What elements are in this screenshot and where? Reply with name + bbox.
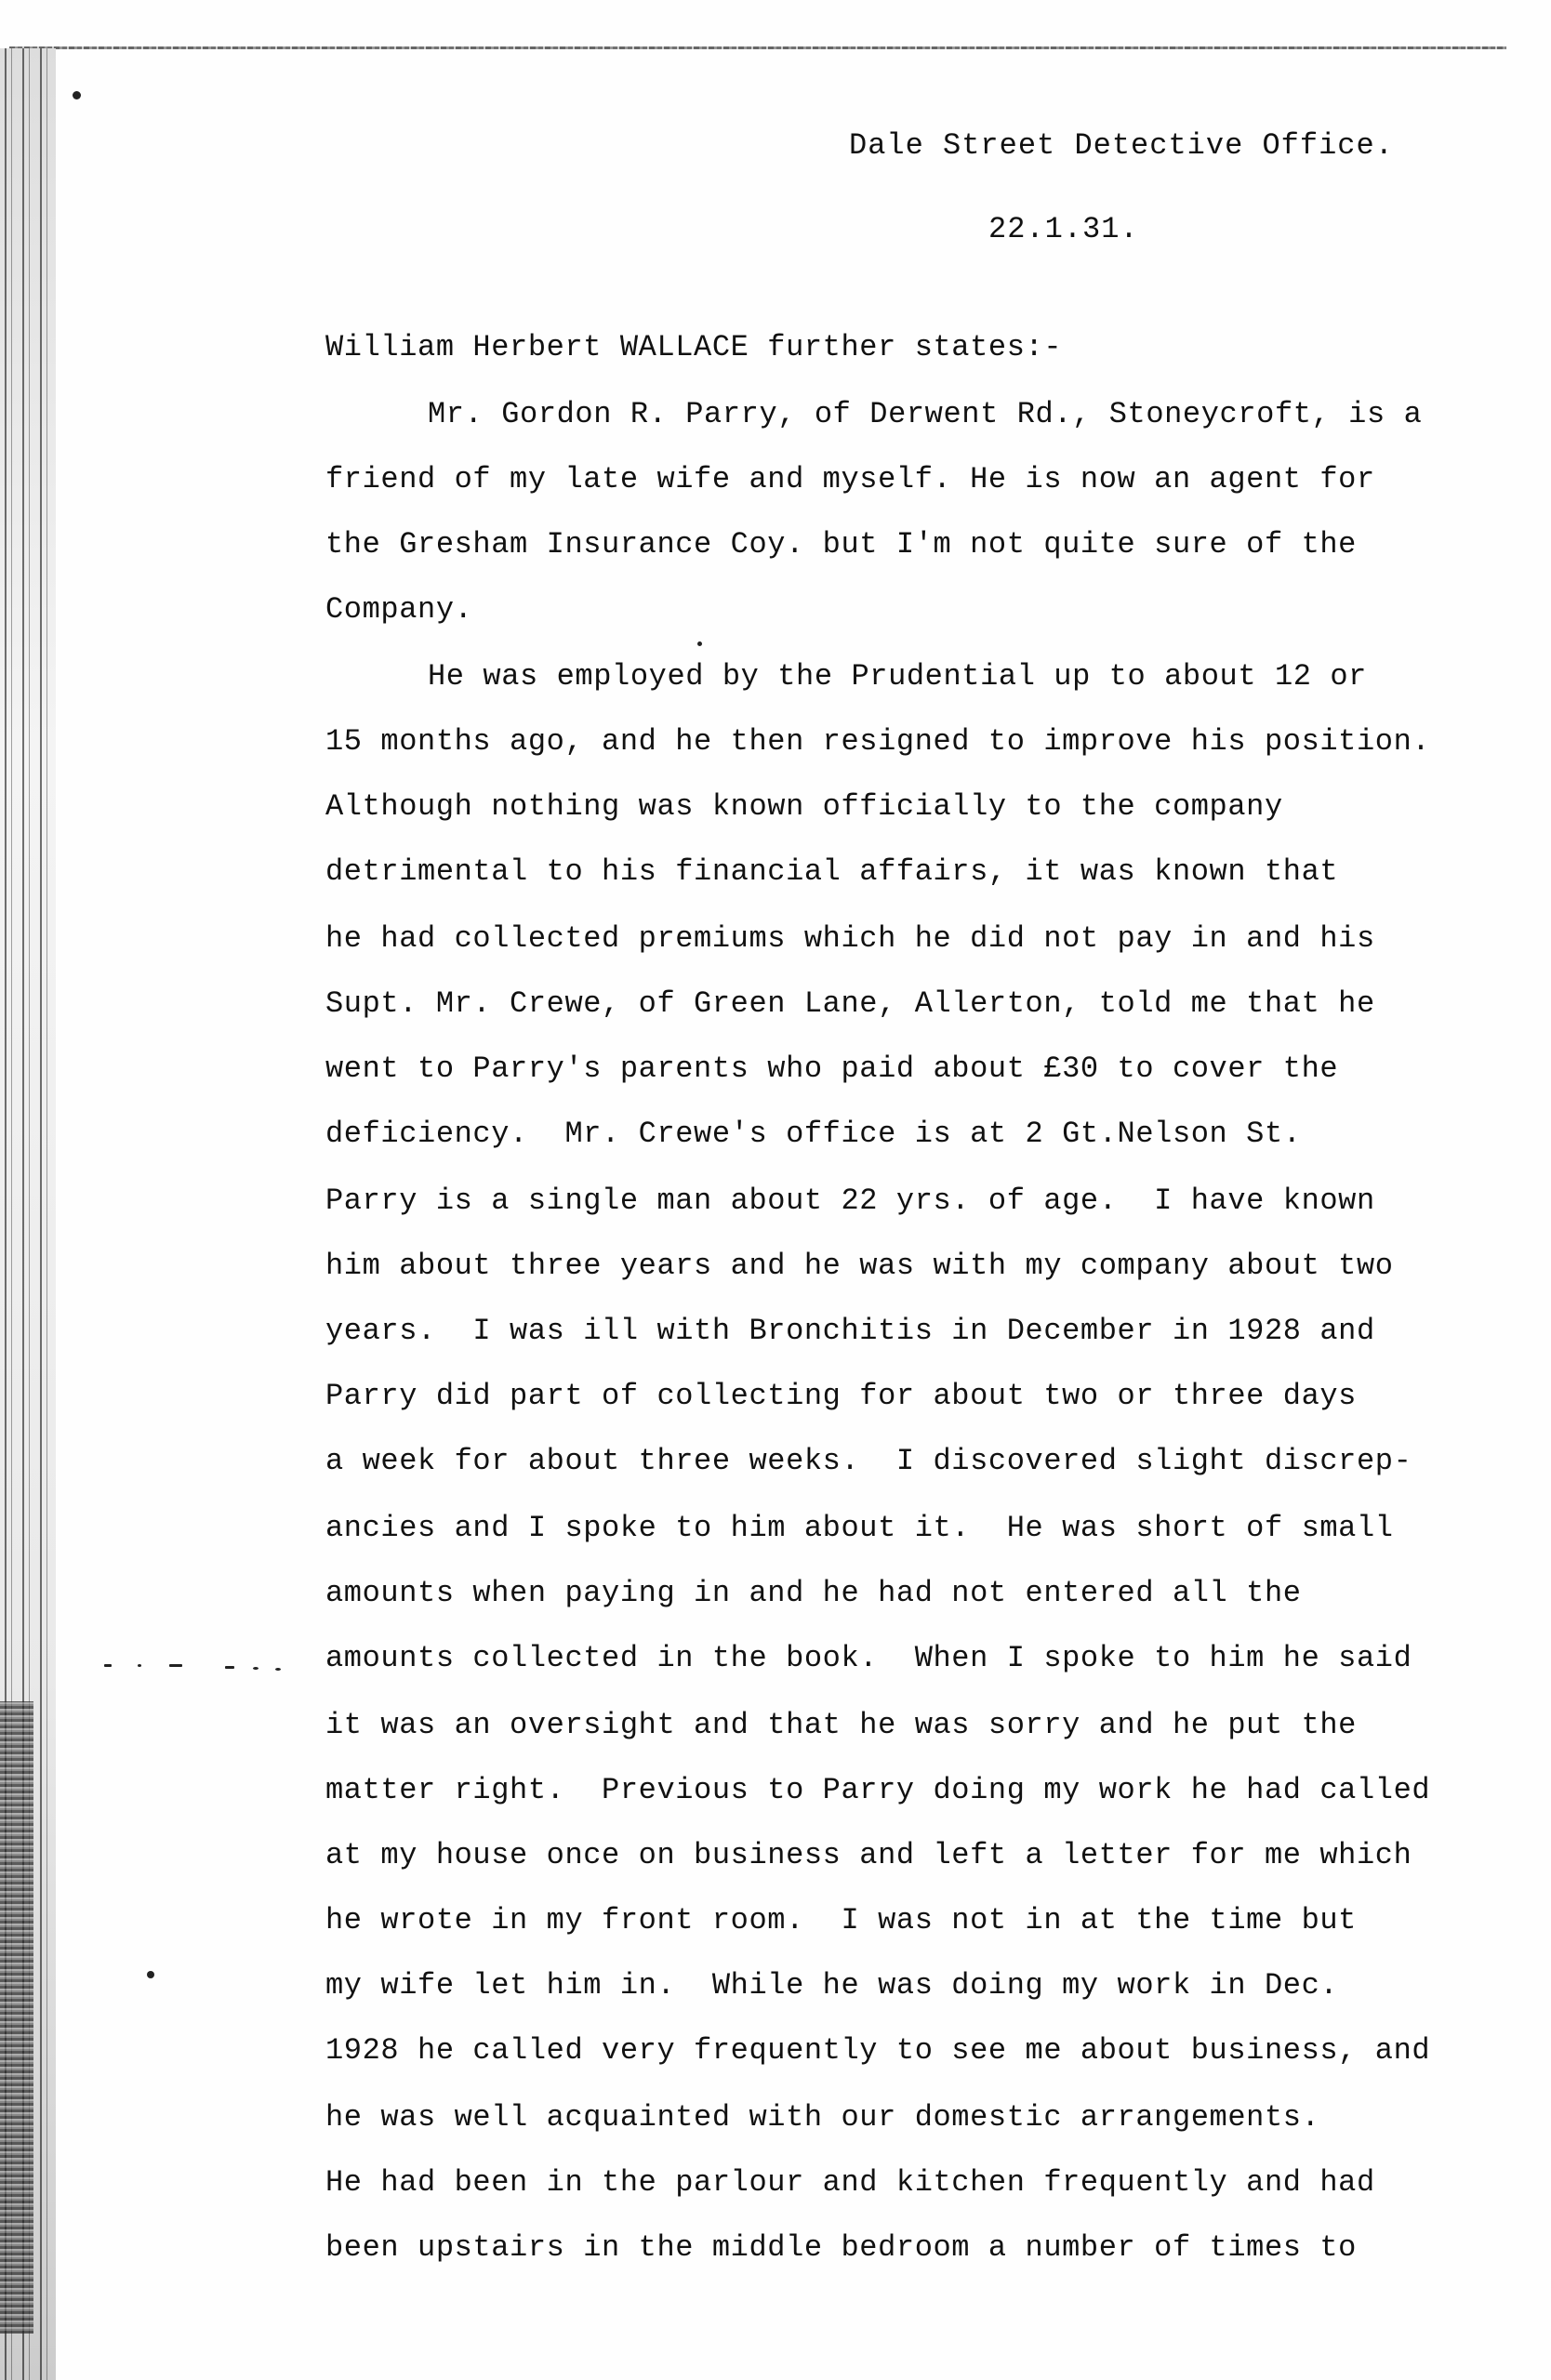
ink-speck bbox=[104, 1664, 112, 1667]
statement-line: He was employed by the Prudential up to … bbox=[428, 662, 1367, 692]
statement-line: went to Parry's parents who paid about £… bbox=[325, 1054, 1338, 1084]
statement-line: detrimental to his financial affairs, it… bbox=[325, 857, 1338, 887]
statement-line: at my house once on business and left a … bbox=[325, 1841, 1412, 1871]
statement-line: 15 months ago, and he then resigned to i… bbox=[325, 727, 1430, 757]
statement-line: Parry is a single man about 22 yrs. of a… bbox=[325, 1186, 1375, 1216]
document-page: Dale Street Detective Office. 22.1.31. W… bbox=[0, 0, 1551, 2380]
statement-line: he wrote in my front room. I was not in … bbox=[325, 1906, 1357, 1936]
statement-line: Parry did part of collecting for about t… bbox=[325, 1382, 1357, 1411]
statement-line: deficiency. Mr. Crewe's office is at 2 G… bbox=[325, 1119, 1302, 1149]
ink-speck bbox=[275, 1668, 281, 1671]
ink-speck bbox=[73, 91, 81, 99]
binding-shadow bbox=[0, 1701, 33, 2334]
statement-line: matter right. Previous to Parry doing my… bbox=[325, 1776, 1430, 1805]
ink-speck bbox=[138, 1664, 141, 1667]
statement-line: amounts when paying in and he had not en… bbox=[325, 1579, 1302, 1608]
statement-line: it was an oversight and that he was sorr… bbox=[325, 1711, 1357, 1740]
ink-speck bbox=[147, 1971, 154, 1978]
ink-speck bbox=[169, 1664, 182, 1667]
statement-line: He had been in the parlour and kitchen f… bbox=[325, 2168, 1375, 2198]
page-top-edge bbox=[9, 46, 1506, 49]
ink-speck bbox=[253, 1667, 258, 1670]
statement-line: Mr. Gordon R. Parry, of Derwent Rd., Sto… bbox=[428, 400, 1422, 430]
statement-line: he had collected premiums which he did n… bbox=[325, 924, 1375, 954]
statement-line: amounts collected in the book. When I sp… bbox=[325, 1644, 1412, 1673]
office-heading: Dale Street Detective Office. bbox=[849, 128, 1394, 163]
statement-line: my wife let him in. While he was doing m… bbox=[325, 1971, 1338, 2001]
statement-line: friend of my late wife and myself. He is… bbox=[325, 465, 1375, 495]
statement-line: Supt. Mr. Crewe, of Green Lane, Allerton… bbox=[325, 989, 1375, 1019]
statement-line: been upstairs in the middle bedroom a nu… bbox=[325, 2233, 1357, 2263]
statement-line: 1928 he called very frequently to see me… bbox=[325, 2036, 1430, 2066]
ink-speck bbox=[697, 641, 702, 646]
statement-line: the Gresham Insurance Coy. but I'm not q… bbox=[325, 530, 1357, 560]
statement-line: he was well acquainted with our domestic… bbox=[325, 2103, 1319, 2133]
document-date: 22.1.31. bbox=[988, 212, 1139, 246]
statement-line: ancies and I spoke to him about it. He w… bbox=[325, 1514, 1394, 1543]
statement-intro: William Herbert WALLACE further states:- bbox=[325, 333, 1062, 363]
ink-speck bbox=[225, 1666, 234, 1669]
statement-line: years. I was ill with Bronchitis in Dece… bbox=[325, 1316, 1375, 1346]
statement-line: Company. bbox=[325, 595, 472, 625]
statement-line: a week for about three weeks. I discover… bbox=[325, 1447, 1412, 1476]
statement-line: Although nothing was known officially to… bbox=[325, 792, 1283, 822]
statement-line: him about three years and he was with my… bbox=[325, 1251, 1394, 1281]
